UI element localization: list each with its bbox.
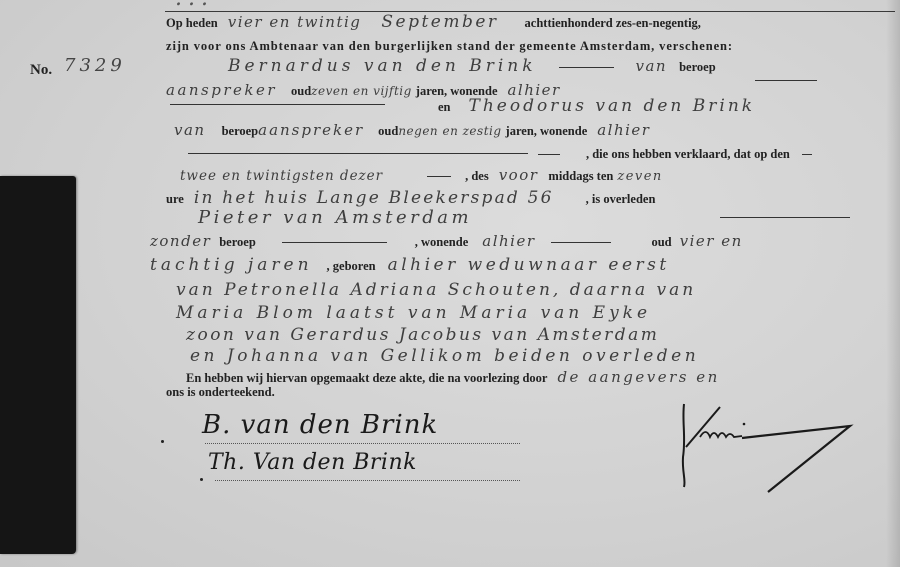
text-line-father: zoon van Gerardus Jacobus van Amsterdam [186,327,659,344]
handwritten-occupation-1: aanspreker [166,81,277,99]
handwritten-death-place: in het huis Lange Bleekerspad 56 [194,188,554,208]
printed-des: , des [465,169,489,183]
registry-number: 7329 [64,55,126,76]
registry-number-label: No. [30,62,52,79]
top-fragment-handwriting: ... [175,0,214,11]
blank-underline [755,80,817,81]
printed-oud: oud [651,235,671,249]
printed-signed: ons is onderteekend. [166,385,275,399]
handwritten-residence-2: alhier [597,121,650,139]
printed-en: en [438,100,451,114]
blank-dash [538,154,560,155]
text-line-declaration: , die ons hebben verklaard, dat op den [538,146,812,162]
signature-line-1 [205,443,520,445]
text-line-mother: en Johanna van Gellikom beiden overleden [190,348,699,365]
blank-dash [551,242,611,243]
blank-dash [559,67,614,68]
text-line-signed: ons is onderteekend. [166,384,275,400]
signature-line-2 [215,480,520,482]
handwritten-spouses-continued: Maria Blom laatst van Maria van Eyke [176,303,651,323]
handwritten-age-2: negen en zestig [398,124,501,138]
printed-beroep: beroep [679,60,716,74]
handwritten-death-day: twee en twintigsten dezer [180,168,383,184]
document-page: ... No. 7329 Op heden vier en twintig Se… [0,0,900,567]
text-line-declarant-2-details: van beroepaanspreker oudnegen en zestig … [174,122,650,139]
printed-is-overleden: , is overleden [586,192,656,206]
printed-text: Op heden [166,16,218,30]
printed-beroep: beroep [219,235,256,249]
handwritten-hour: zeven [617,169,662,184]
handwritten-witnesses-reference: de aangevers en [557,368,719,386]
printed-middags-ten: middags ten [548,169,613,183]
printed-text: zijn voor ons Ambtenaar van den burgerli… [166,39,733,53]
blank-dash [802,154,812,155]
text-line-deceased-details: zonder beroep , wonende alhier oud vier … [150,233,743,250]
printed-beroep: beroep [222,124,259,138]
handwritten-mother: en Johanna van Gellikom beiden overleden [190,346,699,366]
handwritten-residence-deceased: alhier [482,232,535,250]
handwritten-occupation-2: aanspreker [258,121,364,139]
blank-underline [720,217,850,218]
handwritten-van: van [636,57,668,75]
signature-official: Schüring [680,402,860,497]
text-line-place: ure in het huis Lange Bleekerspad 56 , i… [166,190,655,207]
printed-closing: En hebben wij hiervan opgemaakt deze akt… [186,371,547,385]
handwritten-birthplace-widower: alhier weduwnaar eerst [388,255,670,275]
handwritten-occupation-deceased: zonder [150,232,211,250]
text-line-birth: tachtig jaren , geboren alhier weduwnaar… [150,257,670,274]
handwritten-deceased-name: Pieter van Amsterdam [198,207,472,228]
blank-dash [282,242,387,243]
text-line-spouse-1: van Petronella Adriana Schouten, daarna … [176,282,696,299]
blank-dash [427,176,451,177]
printed-text: , die ons hebben verklaard, dat op den [586,147,790,161]
printed-jaren-wonende: jaren, wonende [506,124,588,138]
printed-oud: oud [378,124,398,138]
page-edge-shadow [886,0,900,567]
printed-year: achttienhonderd zes-en-negentig, [525,16,701,30]
text-line-deceased: Pieter van Amsterdam [198,210,472,227]
blank-underline [170,104,385,105]
handwritten-month: September [381,12,498,32]
text-line-declarant-1: Bernardus van den Brink van beroep [228,58,716,75]
text-line-registrar: zijn voor ons Ambtenaar van den burgerli… [166,38,733,54]
printed-oud: oud [291,84,311,98]
signature-witness-2: Th. Van den Brink [208,450,417,475]
text-line-date: Op heden vier en twintig September achtt… [166,14,701,31]
official-signature-flourish-icon [680,402,860,497]
text-line-time: twee en twintigsten dezer , des voor mid… [180,167,663,185]
signature-dot [161,440,164,443]
handwritten-day: vier en twintig [228,13,362,31]
handwritten-declarant-2-name: Theodorus van den Brink [468,96,755,116]
printed-geboren: , geboren [327,259,376,273]
text-line-declarant-2: en Theodorus van den Brink [438,98,755,115]
printed-wonende: , wonende [415,235,468,249]
printed-ure: ure [166,192,184,206]
blank-underline [188,153,528,154]
handwritten-age-1: zeven en vijftig [311,84,412,98]
top-rule-divider [165,11,895,12]
handwritten-age-deceased: vier en [680,232,743,250]
archival-tab-marker [0,176,76,554]
handwritten-voor: voor [499,166,539,184]
handwritten-father: zoon van Gerardus Jacobus van Amsterdam [186,325,659,345]
handwritten-declarant-1-name: Bernardus van den Brink [228,56,537,76]
signature-dot [200,478,203,481]
text-line-spouse-2: Maria Blom laatst van Maria van Eyke [176,305,651,322]
handwritten-age-continued: tachtig jaren [150,255,313,275]
handwritten-van: van [174,121,206,139]
handwritten-spouses: van Petronella Adriana Schouten, daarna … [176,280,696,300]
signature-witness-1: B. van den Brink [202,410,438,440]
